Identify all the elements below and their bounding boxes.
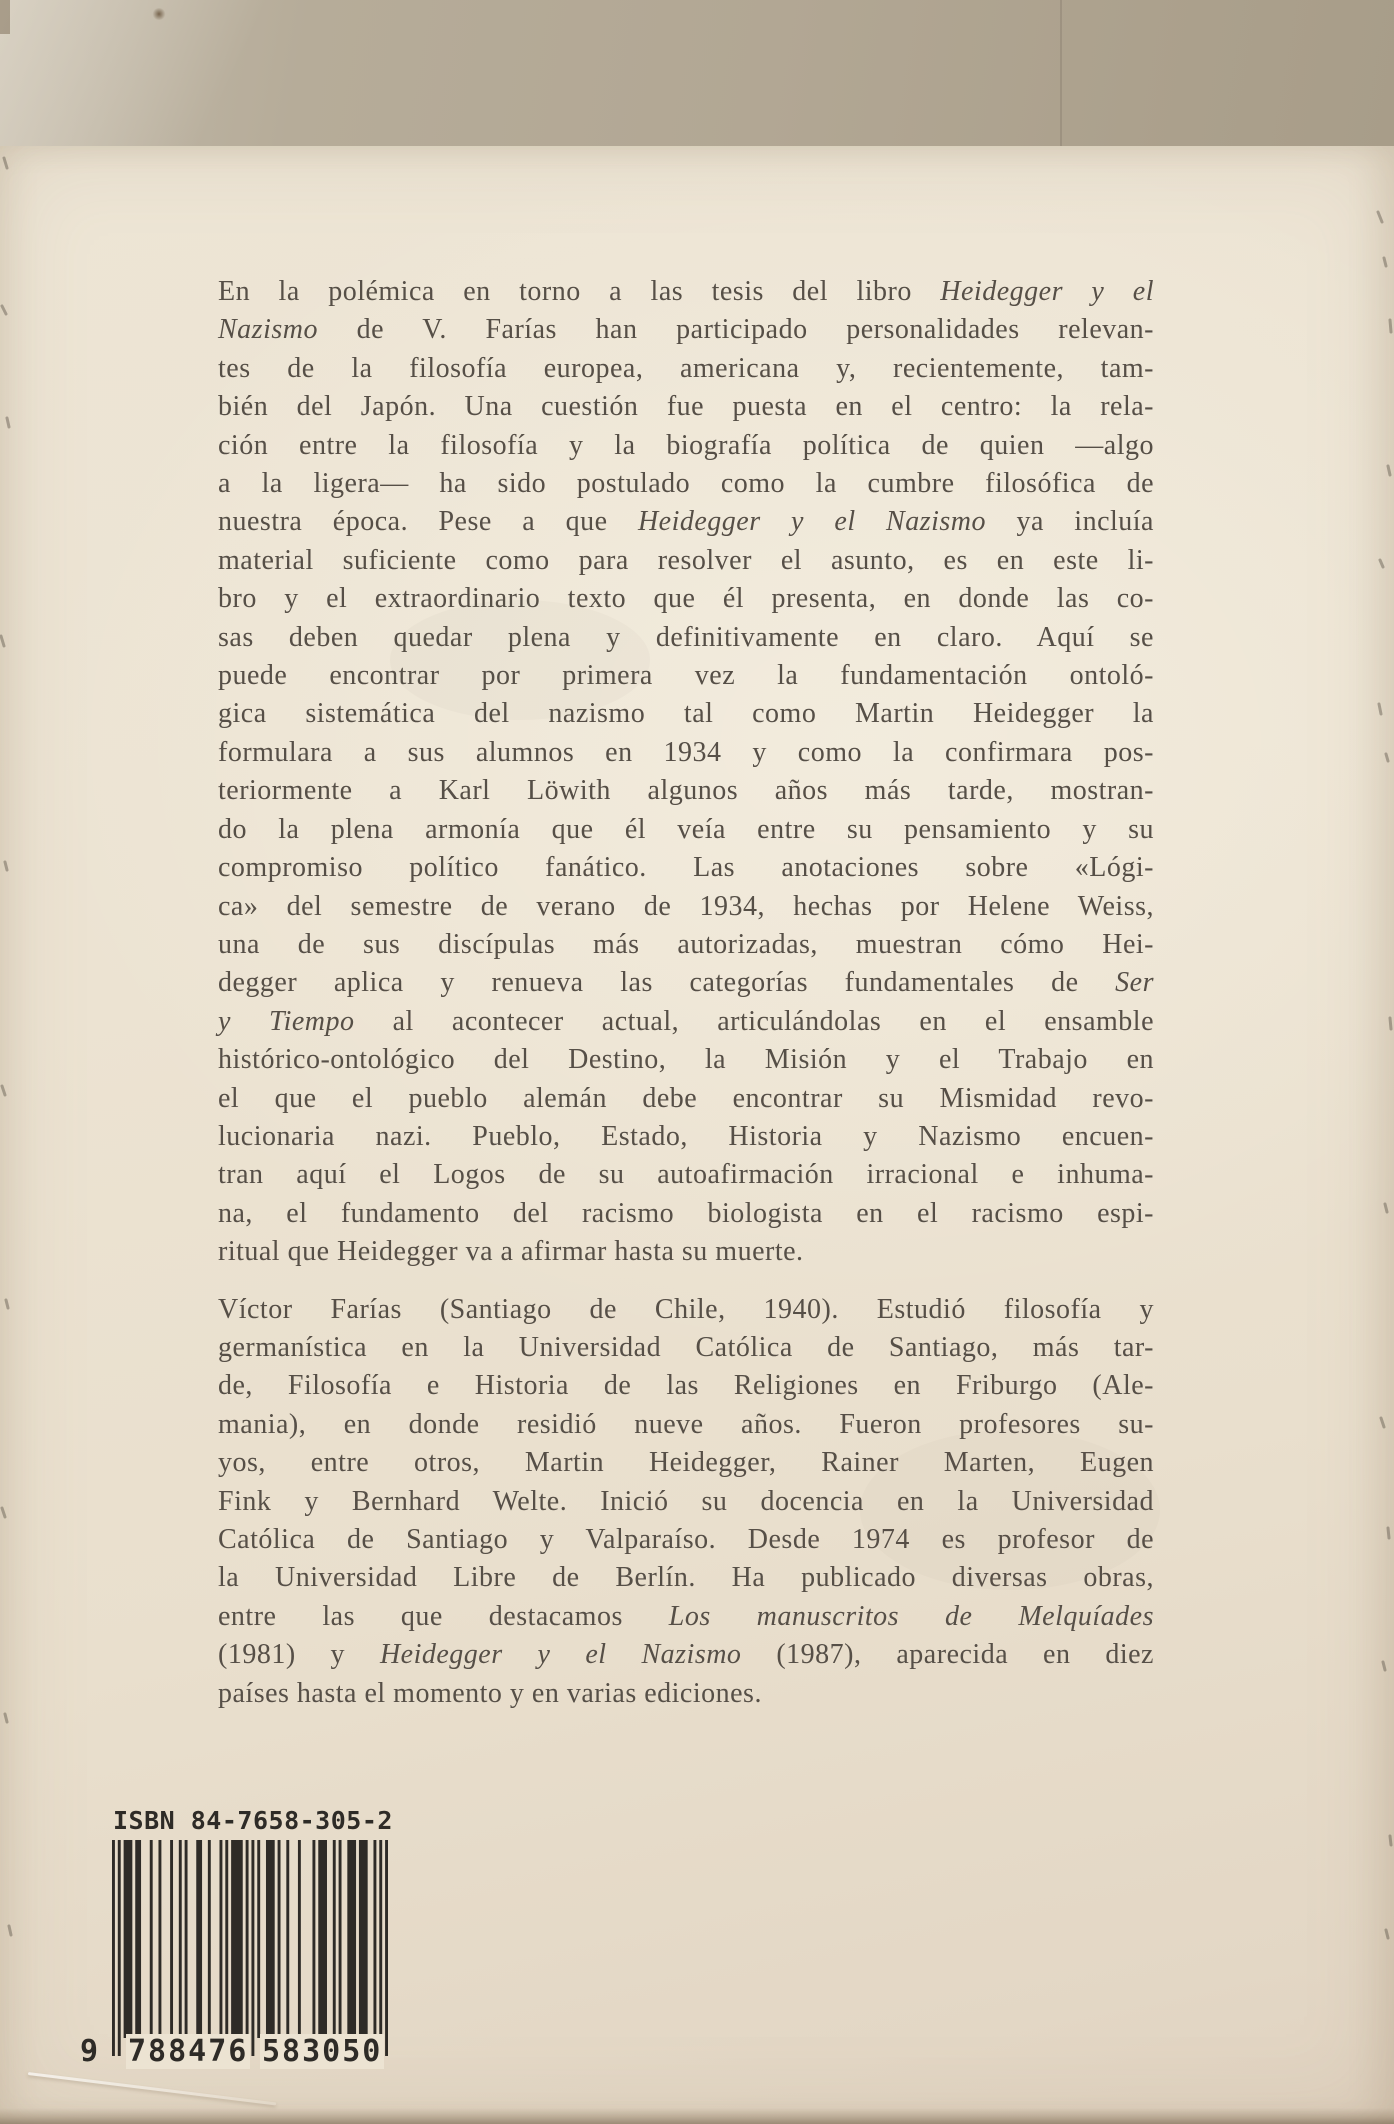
barcode-digit-group: 788476 xyxy=(126,2034,250,2069)
text-line: países hasta el momento y en varias edic… xyxy=(218,1675,1154,1713)
table-surface xyxy=(0,0,1394,148)
text-line: nuestra época. Pese a que Heidegger y el… xyxy=(218,503,1154,541)
paragraph: En la polémica en torno a las tesis del … xyxy=(218,273,1154,1272)
text-line: ritual que Heidegger va a afirmar hasta … xyxy=(218,1233,1154,1271)
barcode-digit-group: 9 xyxy=(80,2034,100,2069)
text-line: y Tiempo al acontecer actual, articulánd… xyxy=(218,1003,1154,1041)
paragraph: Víctor Farías (Santiago de Chile, 1940).… xyxy=(218,1291,1154,1713)
text-line: ca» del semestre de verano de 1934, hech… xyxy=(218,888,1154,926)
text-line: entre las que destacamos Los manuscritos… xyxy=(218,1598,1154,1636)
text-line: formulara a sus alumnos en 1934 y como l… xyxy=(218,734,1154,772)
text-line: compromiso político fanático. Las anotac… xyxy=(218,849,1154,887)
text-line: ción entre la filosofía y la biografía p… xyxy=(218,427,1154,465)
ean-barcode xyxy=(112,1840,388,2060)
isbn-label: ISBN 84-7658-305-2 xyxy=(113,1806,393,1835)
text-line: a la ligera— ha sido postulado como la c… xyxy=(218,465,1154,503)
text-line: germanística en la Universidad Católica … xyxy=(218,1329,1154,1367)
book-back-cover-photo: En la polémica en torno a las tesis del … xyxy=(0,0,1394,2124)
text-line: de, Filosofía e Historia de las Religion… xyxy=(218,1367,1154,1405)
text-line: na, el fundamento del racismo biologista… xyxy=(218,1195,1154,1233)
surface-crease xyxy=(1060,0,1062,146)
text-line: do la plena armonía que él veía entre su… xyxy=(218,811,1154,849)
text-line: bién del Japón. Una cuestión fue puesta … xyxy=(218,388,1154,426)
text-line: Fink y Bernhard Welte. Inició su docenci… xyxy=(218,1483,1154,1521)
text-line: tran aquí el Logos de su autoafirmación … xyxy=(218,1156,1154,1194)
text-line: En la polémica en torno a las tesis del … xyxy=(218,273,1154,311)
text-line: yos, entre otros, Martin Heidegger, Rain… xyxy=(218,1444,1154,1482)
text-line: una de sus discípulas más autorizadas, m… xyxy=(218,926,1154,964)
blurb-text: En la polémica en torno a las tesis del … xyxy=(218,273,1154,1713)
text-line: Católica de Santiago y Valparaíso. Desde… xyxy=(218,1521,1154,1559)
cover-bottom-edge xyxy=(0,2108,1394,2124)
text-line: bro y el extraordinario texto que él pre… xyxy=(218,580,1154,618)
text-line: material suficiente como para resolver e… xyxy=(218,542,1154,580)
text-line: Víctor Farías (Santiago de Chile, 1940).… xyxy=(218,1291,1154,1329)
text-line: (1981) y Heidegger y el Nazismo (1987), … xyxy=(218,1636,1154,1674)
text-line: mania), en donde residió nueve años. Fue… xyxy=(218,1406,1154,1444)
surface-stain xyxy=(152,8,166,20)
text-line: tes de la filosofía europea, americana y… xyxy=(218,350,1154,388)
text-line: puede encontrar por primera vez la funda… xyxy=(218,657,1154,695)
text-line: degger aplica y renueva las categorías f… xyxy=(218,964,1154,1002)
barcode-digit-group: 583050 xyxy=(260,2034,384,2069)
text-line: la Universidad Libre de Berlín. Ha publi… xyxy=(218,1559,1154,1597)
text-line: gica sistemática del nazismo tal como Ma… xyxy=(218,695,1154,733)
text-line: el que el pueblo alemán debe encontrar s… xyxy=(218,1080,1154,1118)
text-line: Nazismo de V. Farías han participado per… xyxy=(218,311,1154,349)
text-line: histórico-ontológico del Destino, la Mis… xyxy=(218,1041,1154,1079)
text-line: sas deben quedar plena y definitivamente… xyxy=(218,619,1154,657)
text-line: lucionaria nazi. Pueblo, Estado, Histori… xyxy=(218,1118,1154,1156)
text-line: teriormente a Karl Löwith algunos años m… xyxy=(218,772,1154,810)
